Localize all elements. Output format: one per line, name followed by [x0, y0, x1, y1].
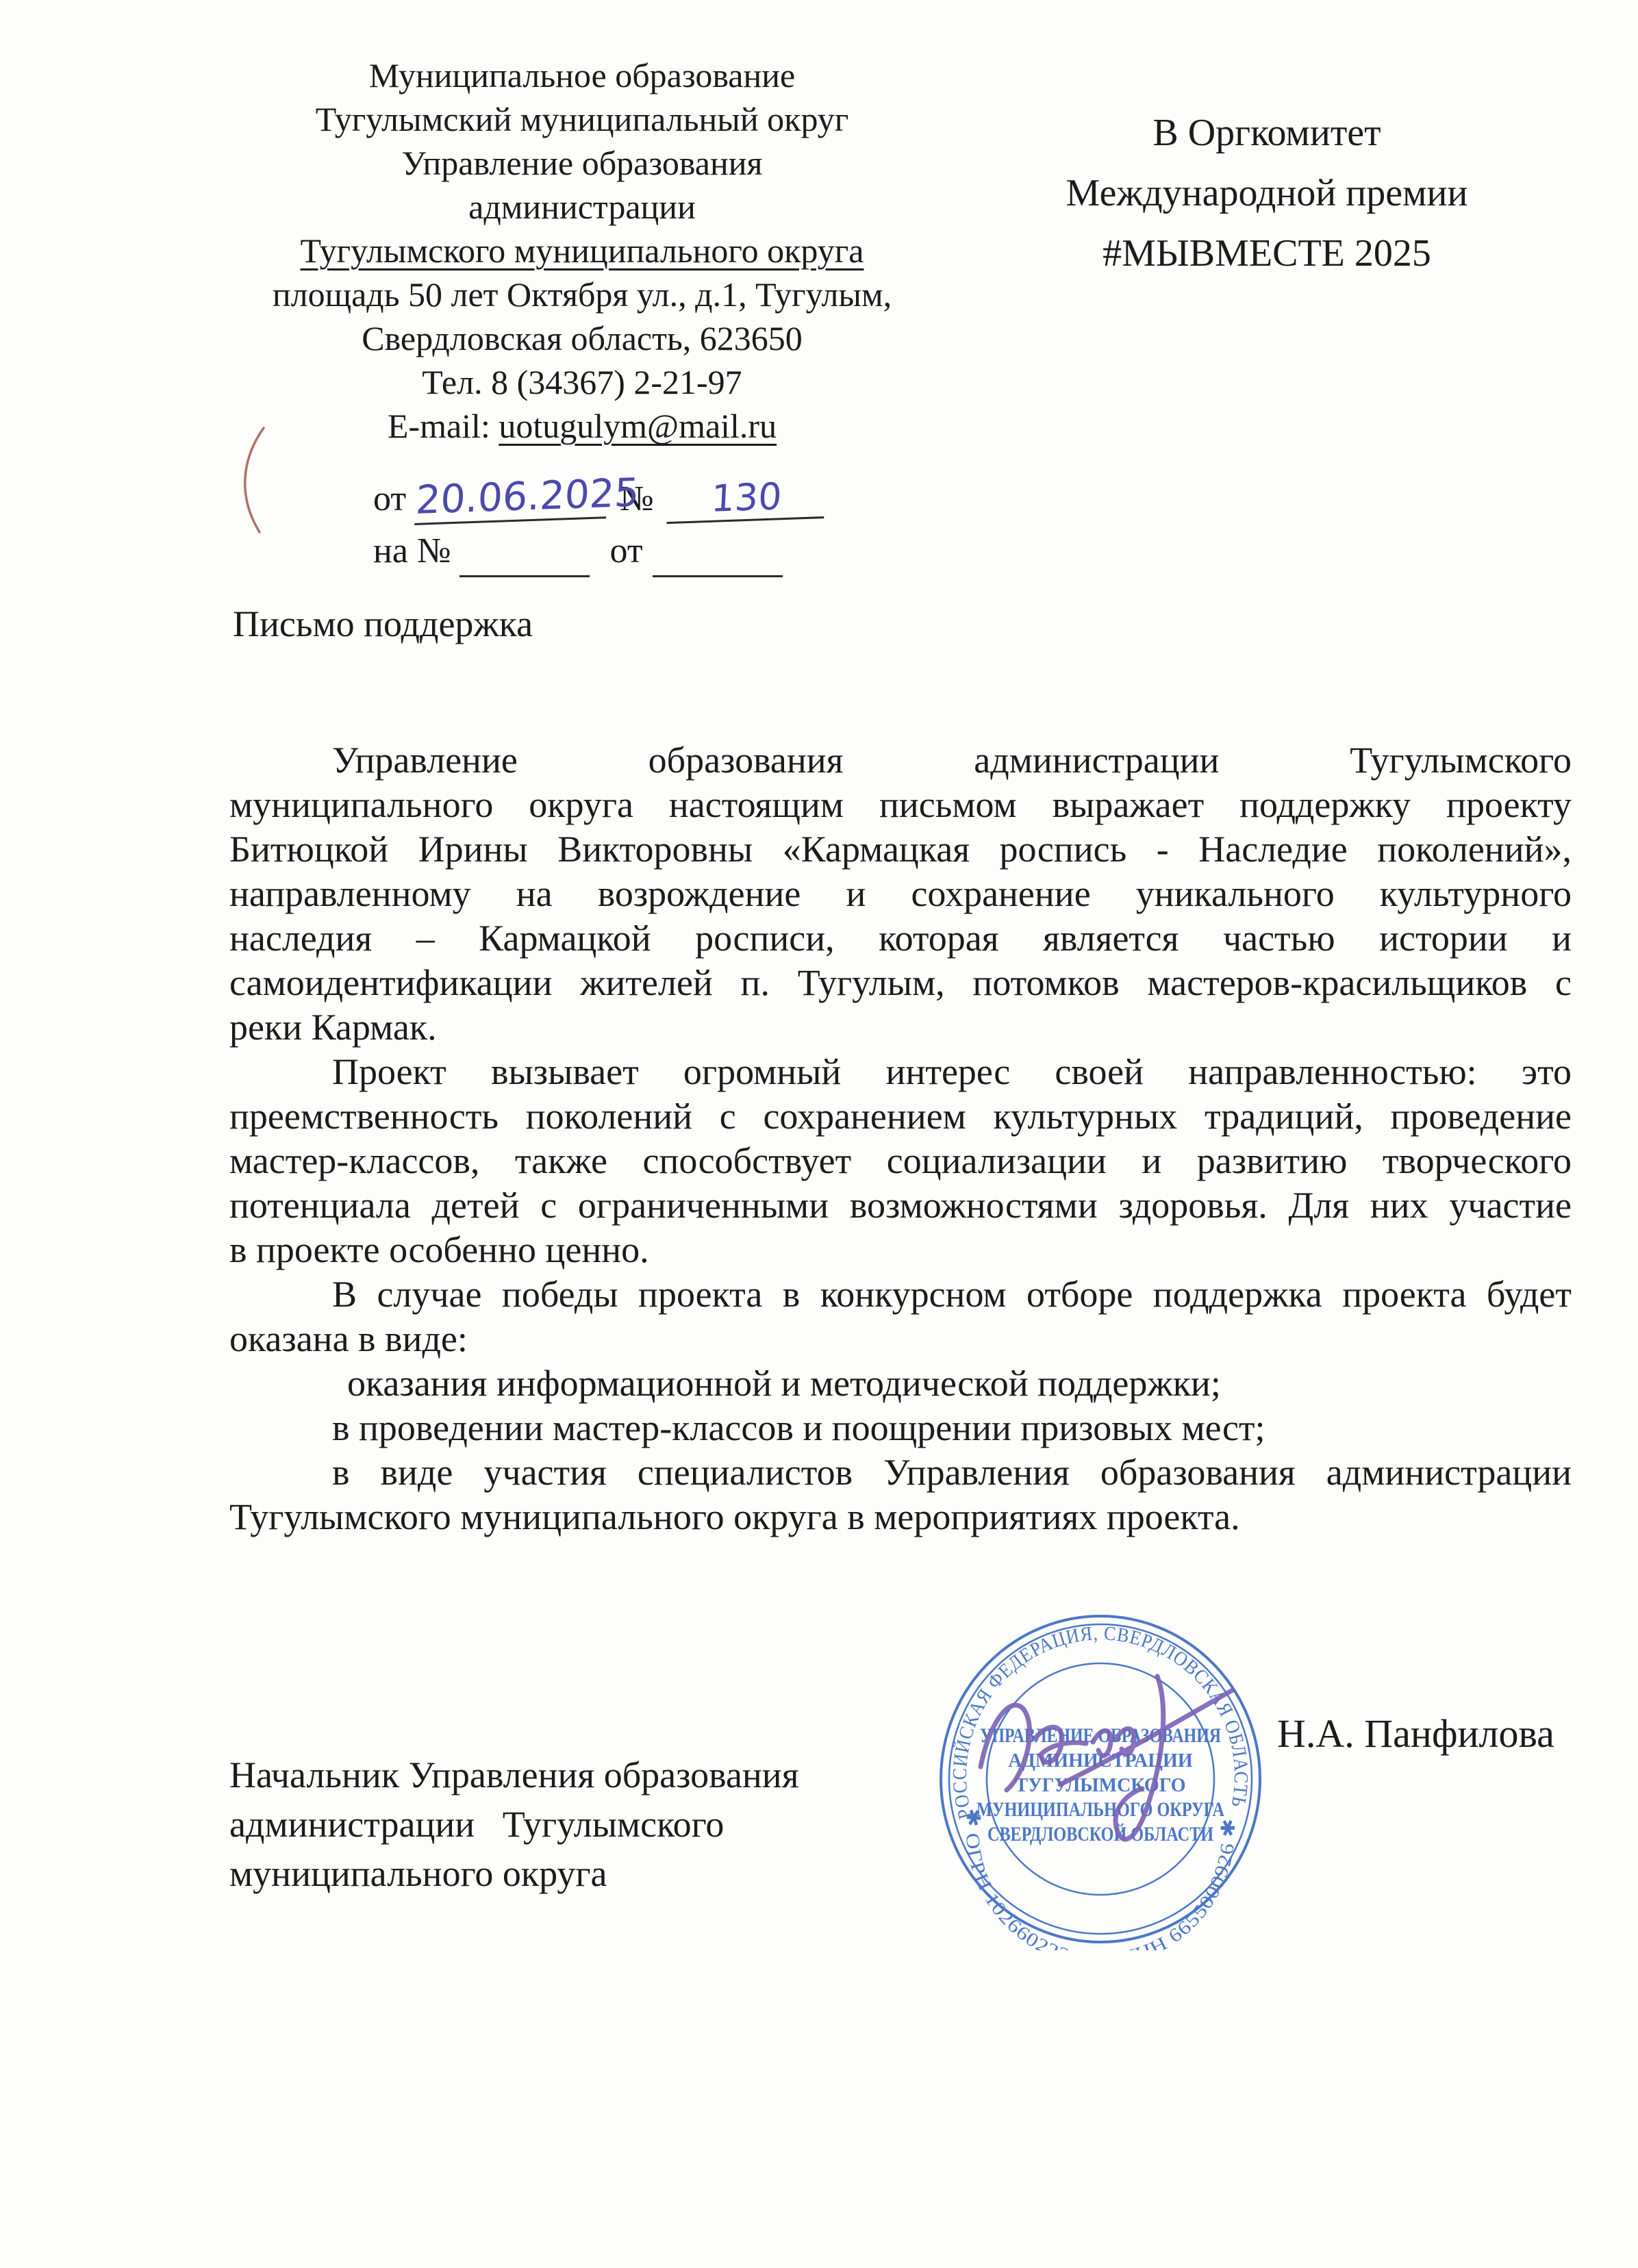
reply-from-label: от — [610, 531, 643, 570]
body-line: Проект вызывает огромный интерес своей н… — [229, 1050, 1572, 1094]
body-line: потенциала детей с ограниченными возможн… — [229, 1183, 1572, 1228]
reference-block: от20.06.2025№130 на №от — [373, 475, 825, 587]
subject-line: Письмо поддержка — [233, 603, 533, 645]
reply-date-blank — [653, 575, 783, 577]
body-line: Управление образования администрации Туг… — [229, 738, 1572, 783]
official-round-stamp: РОССИЙСКАЯ ФЕДЕРАЦИЯ, СВЕРДЛОВСКАЯ ОБЛАС… — [933, 1608, 1268, 1950]
scanned-letter-page: Муниципальное образованиеТугулымский мун… — [0, 0, 1638, 2268]
recipient-block: В ОргкомитетМеждународной премии#МЫВМЕСТ… — [1055, 103, 1479, 283]
recipient-lines: В ОргкомитетМеждународной премии#МЫВМЕСТ… — [1055, 103, 1479, 283]
signatory-title-lines: Начальник Управления образованияадминист… — [229, 1750, 799, 1898]
letterhead-line: администрации — [250, 185, 914, 229]
body-line: Битюцкой Ирины Викторовны «Кармацкая рос… — [229, 827, 1572, 872]
letterhead-line: Тел. 8 (34367) 2-21-97 — [250, 360, 914, 404]
reference-row-outgoing: от20.06.2025№130 — [373, 475, 825, 531]
recipient-line: #МЫВМЕСТЕ 2025 — [1055, 223, 1479, 283]
body-line: В случае победы проекта в конкурсном отб… — [229, 1272, 1572, 1317]
email-label: E-mail: — [388, 407, 499, 445]
body-line: муниципального округа настоящим письмом … — [229, 783, 1572, 827]
letterhead-lines: Муниципальное образованиеТугулымский мун… — [250, 53, 914, 404]
reference-row-reply: на №от — [373, 531, 825, 587]
letterhead-line: Свердловская область, 623650 — [250, 316, 914, 360]
body-line: оказана в виде: — [229, 1317, 1572, 1361]
signatory-title-block: Начальник Управления образованияадминист… — [229, 1652, 799, 1997]
body-line: в виде участия специалистов Управления о… — [229, 1450, 1572, 1495]
letterhead: Муниципальное образованиеТугулымский мун… — [250, 53, 914, 448]
letterhead-line: Тугулымского муниципального округа — [250, 229, 914, 273]
body-text: Управление образования администрации Туг… — [229, 738, 1572, 1539]
stamp-center-line: МУНИЦИПАЛЬНОГО ОКРУГА — [977, 1798, 1224, 1821]
body-line: Тугулымского муниципального округа в мер… — [229, 1495, 1572, 1539]
reply-label: на № — [373, 531, 451, 570]
handwritten-number: 130 — [666, 473, 826, 524]
reply-number-blank — [459, 575, 590, 577]
body-line: в проведении мастер-классов и поощрении … — [229, 1406, 1572, 1450]
stamp-center-line: ТУГУЛЫМСКОГО — [1015, 1775, 1185, 1796]
signatory-title-line: муниципального округа — [229, 1849, 799, 1898]
letterhead-line: Тугулымский муниципальный округ — [250, 97, 914, 141]
body-line: направленному на возрождение и сохранени… — [229, 872, 1572, 916]
body-line: оказания информационной и методической п… — [229, 1361, 1572, 1406]
signatory-title-line: администрации Тугулымского — [229, 1800, 799, 1849]
signatory-name: Н.А. Панфилова — [1277, 1711, 1554, 1756]
body-line: реки Кармак. — [229, 1005, 1572, 1050]
recipient-line: В Оргкомитет — [1055, 103, 1479, 163]
body-line: мастер-классов, также способствует социа… — [229, 1139, 1572, 1183]
email-address: uotugulym@mail.ru — [499, 407, 777, 445]
from-label: от — [373, 479, 406, 518]
letterhead-line: площадь 50 лет Октября ул., д.1, Тугулым… — [250, 273, 914, 316]
signatory-title-line: Начальник Управления образования — [229, 1750, 799, 1800]
body-line: преемственность поколений с сохранением … — [229, 1094, 1572, 1139]
letterhead-line: Управление образования — [250, 141, 914, 185]
pen-arc-mark — [229, 421, 284, 544]
body-line: наследия – Кармацкой росписи, которая яв… — [229, 916, 1572, 961]
letterhead-line: Муниципальное образование — [250, 53, 914, 97]
handwritten-date: 20.06.2025 — [414, 471, 608, 525]
stamp-center-line: СВЕРДЛОВСКОЙ ОБЛАСТИ — [987, 1823, 1213, 1845]
recipient-line: Международной премии — [1055, 163, 1479, 223]
body-line: в проекте особенно ценно. — [229, 1228, 1572, 1272]
letterhead-email-line: E-mail: uotugulym@mail.ru — [250, 404, 914, 448]
body-line: самоидентификации жителей п. Тугулым, по… — [229, 961, 1572, 1005]
